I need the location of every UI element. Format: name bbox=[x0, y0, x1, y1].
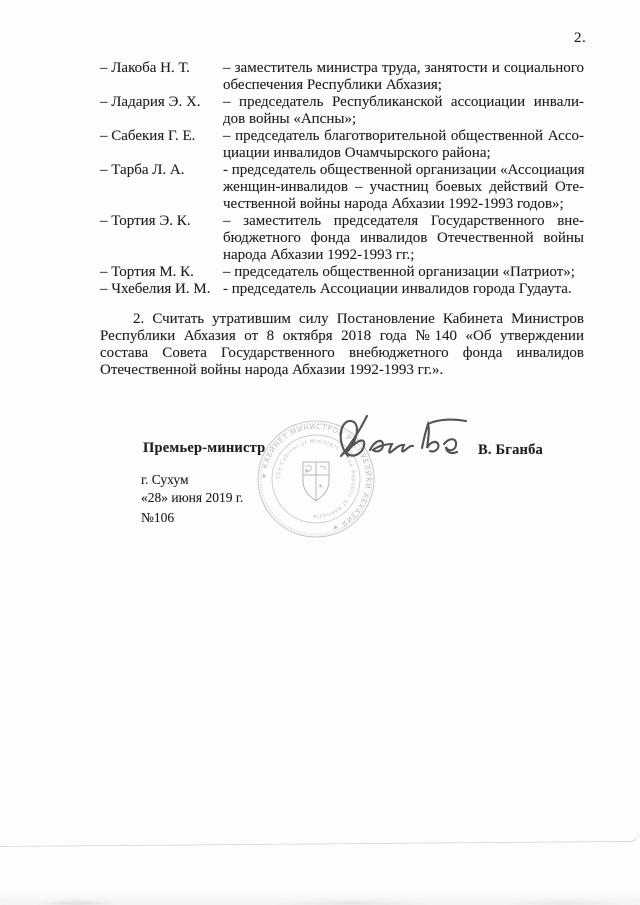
handwritten-signature bbox=[318, 404, 470, 470]
list-item-desc-line: бюджетного фонда инвалидов Отечественной… bbox=[223, 230, 584, 247]
list-item-desc-line: – заместитель председателя Государственн… bbox=[223, 213, 584, 230]
list-item-desc: – заместитель министра труда, занятости … bbox=[223, 60, 584, 94]
list-item-desc-line: – заместитель министра труда, занятости … bbox=[223, 60, 584, 77]
list-item: – Тарба Л. А. - председатель общественно… bbox=[100, 162, 584, 213]
paragraph-line: Республики Абхазия от 8 октября 2018 год… bbox=[100, 328, 584, 345]
list-item-name: – Тарба Л. А. bbox=[100, 162, 223, 179]
list-item: – Лакоба Н. Т. – заместитель министра тр… bbox=[100, 60, 584, 94]
list-item: – Ладария Э. Х. – председатель Республик… bbox=[100, 94, 584, 128]
list-item: – Чхебелия И. М. - председатель Ассоциац… bbox=[100, 281, 584, 298]
list-item-name: – Чхебелия И. М. bbox=[100, 281, 223, 298]
scanned-page-bottom-edge bbox=[0, 832, 639, 847]
list-item-name: – Тортия М. К. bbox=[100, 264, 223, 281]
list-item-desc: – председатель Республиканской ассоциаци… bbox=[223, 94, 584, 128]
list-item-desc-line: – председатель благотворительной обществ… bbox=[223, 128, 584, 145]
list-item-name: – Сабекия Г. Е. bbox=[100, 128, 223, 145]
signer-name: В. Бганба bbox=[478, 442, 543, 459]
list-item-desc-line: – председатель общественной организации … bbox=[223, 264, 584, 281]
list-item-desc-line: - председатель общественной организации … bbox=[223, 162, 584, 179]
list-item-desc-line: циации инвалидов Очамчырского района; bbox=[223, 145, 584, 162]
list-item: – Сабекия Г. Е. – председатель благотвор… bbox=[100, 128, 584, 162]
list-item: – Тортия М. К. – председатель общественн… bbox=[100, 264, 584, 281]
page-number: 2. bbox=[574, 30, 586, 47]
list-item-desc: – заместитель председателя Государственн… bbox=[223, 213, 584, 264]
scanned-document-page: 2. – Лакоба Н. Т. – заместитель министра… bbox=[0, 0, 640, 905]
signature-city: г. Сухум bbox=[141, 472, 189, 488]
list-item-desc-line: чественной войны народа Абхазии 1992-199… bbox=[223, 196, 584, 213]
list-item-desc: – председатель общественной организации … bbox=[223, 264, 584, 281]
stamp-star-icon: ★ bbox=[318, 483, 323, 490]
list-item: – Тортия Э. К. – заместитель председател… bbox=[100, 213, 584, 264]
list-item-desc-line: женщин-инвалидов – участниц боевых дейст… bbox=[223, 179, 584, 196]
list-item-name: – Тортия Э. К. bbox=[100, 213, 223, 230]
list-item-name: – Ладария Э. Х. bbox=[100, 94, 223, 111]
clause-2-paragraph: 2. Считать утратившим силу Постановление… bbox=[100, 311, 584, 379]
document-body: – Лакоба Н. Т. – заместитель министра тр… bbox=[100, 60, 584, 379]
list-item-desc-line: - председатель Ассоциации инвалидов горо… bbox=[223, 281, 584, 298]
list-item-desc: - председатель общественной организации … bbox=[223, 162, 584, 213]
list-item-desc-line: дов войны «Апсны»; bbox=[223, 111, 584, 128]
document-number: №106 bbox=[141, 510, 174, 526]
paragraph-line: 2. Считать утратившим силу Постановление… bbox=[100, 311, 584, 328]
list-item-desc-line: – председатель Республиканской ассоциаци… bbox=[223, 94, 584, 111]
paragraph-line: состава Совета Государственного внебюдже… bbox=[100, 345, 584, 362]
list-item-name: – Лакоба Н. Т. bbox=[100, 60, 223, 77]
list-item-desc-line: обеспечения Республики Абхазия; bbox=[223, 77, 584, 94]
stamp-star-icon: ★ bbox=[304, 468, 309, 475]
list-item-desc: – председатель благотворительной обществ… bbox=[223, 128, 584, 162]
signer-position-label: Премьер-министр bbox=[143, 440, 265, 457]
scan-smudge bbox=[0, 892, 640, 905]
paragraph-line: Отечественной войны народа Абхазии 1992-… bbox=[100, 362, 584, 379]
council-members-list: – Лакоба Н. Т. – заместитель министра тр… bbox=[100, 60, 584, 298]
list-item-desc: - председатель Ассоциации инвалидов горо… bbox=[223, 281, 584, 298]
signature-date: «28» июня 2019 г. bbox=[141, 490, 243, 506]
list-item-desc-line: народа Абхазии 1992-1993 гг.; bbox=[223, 247, 584, 264]
